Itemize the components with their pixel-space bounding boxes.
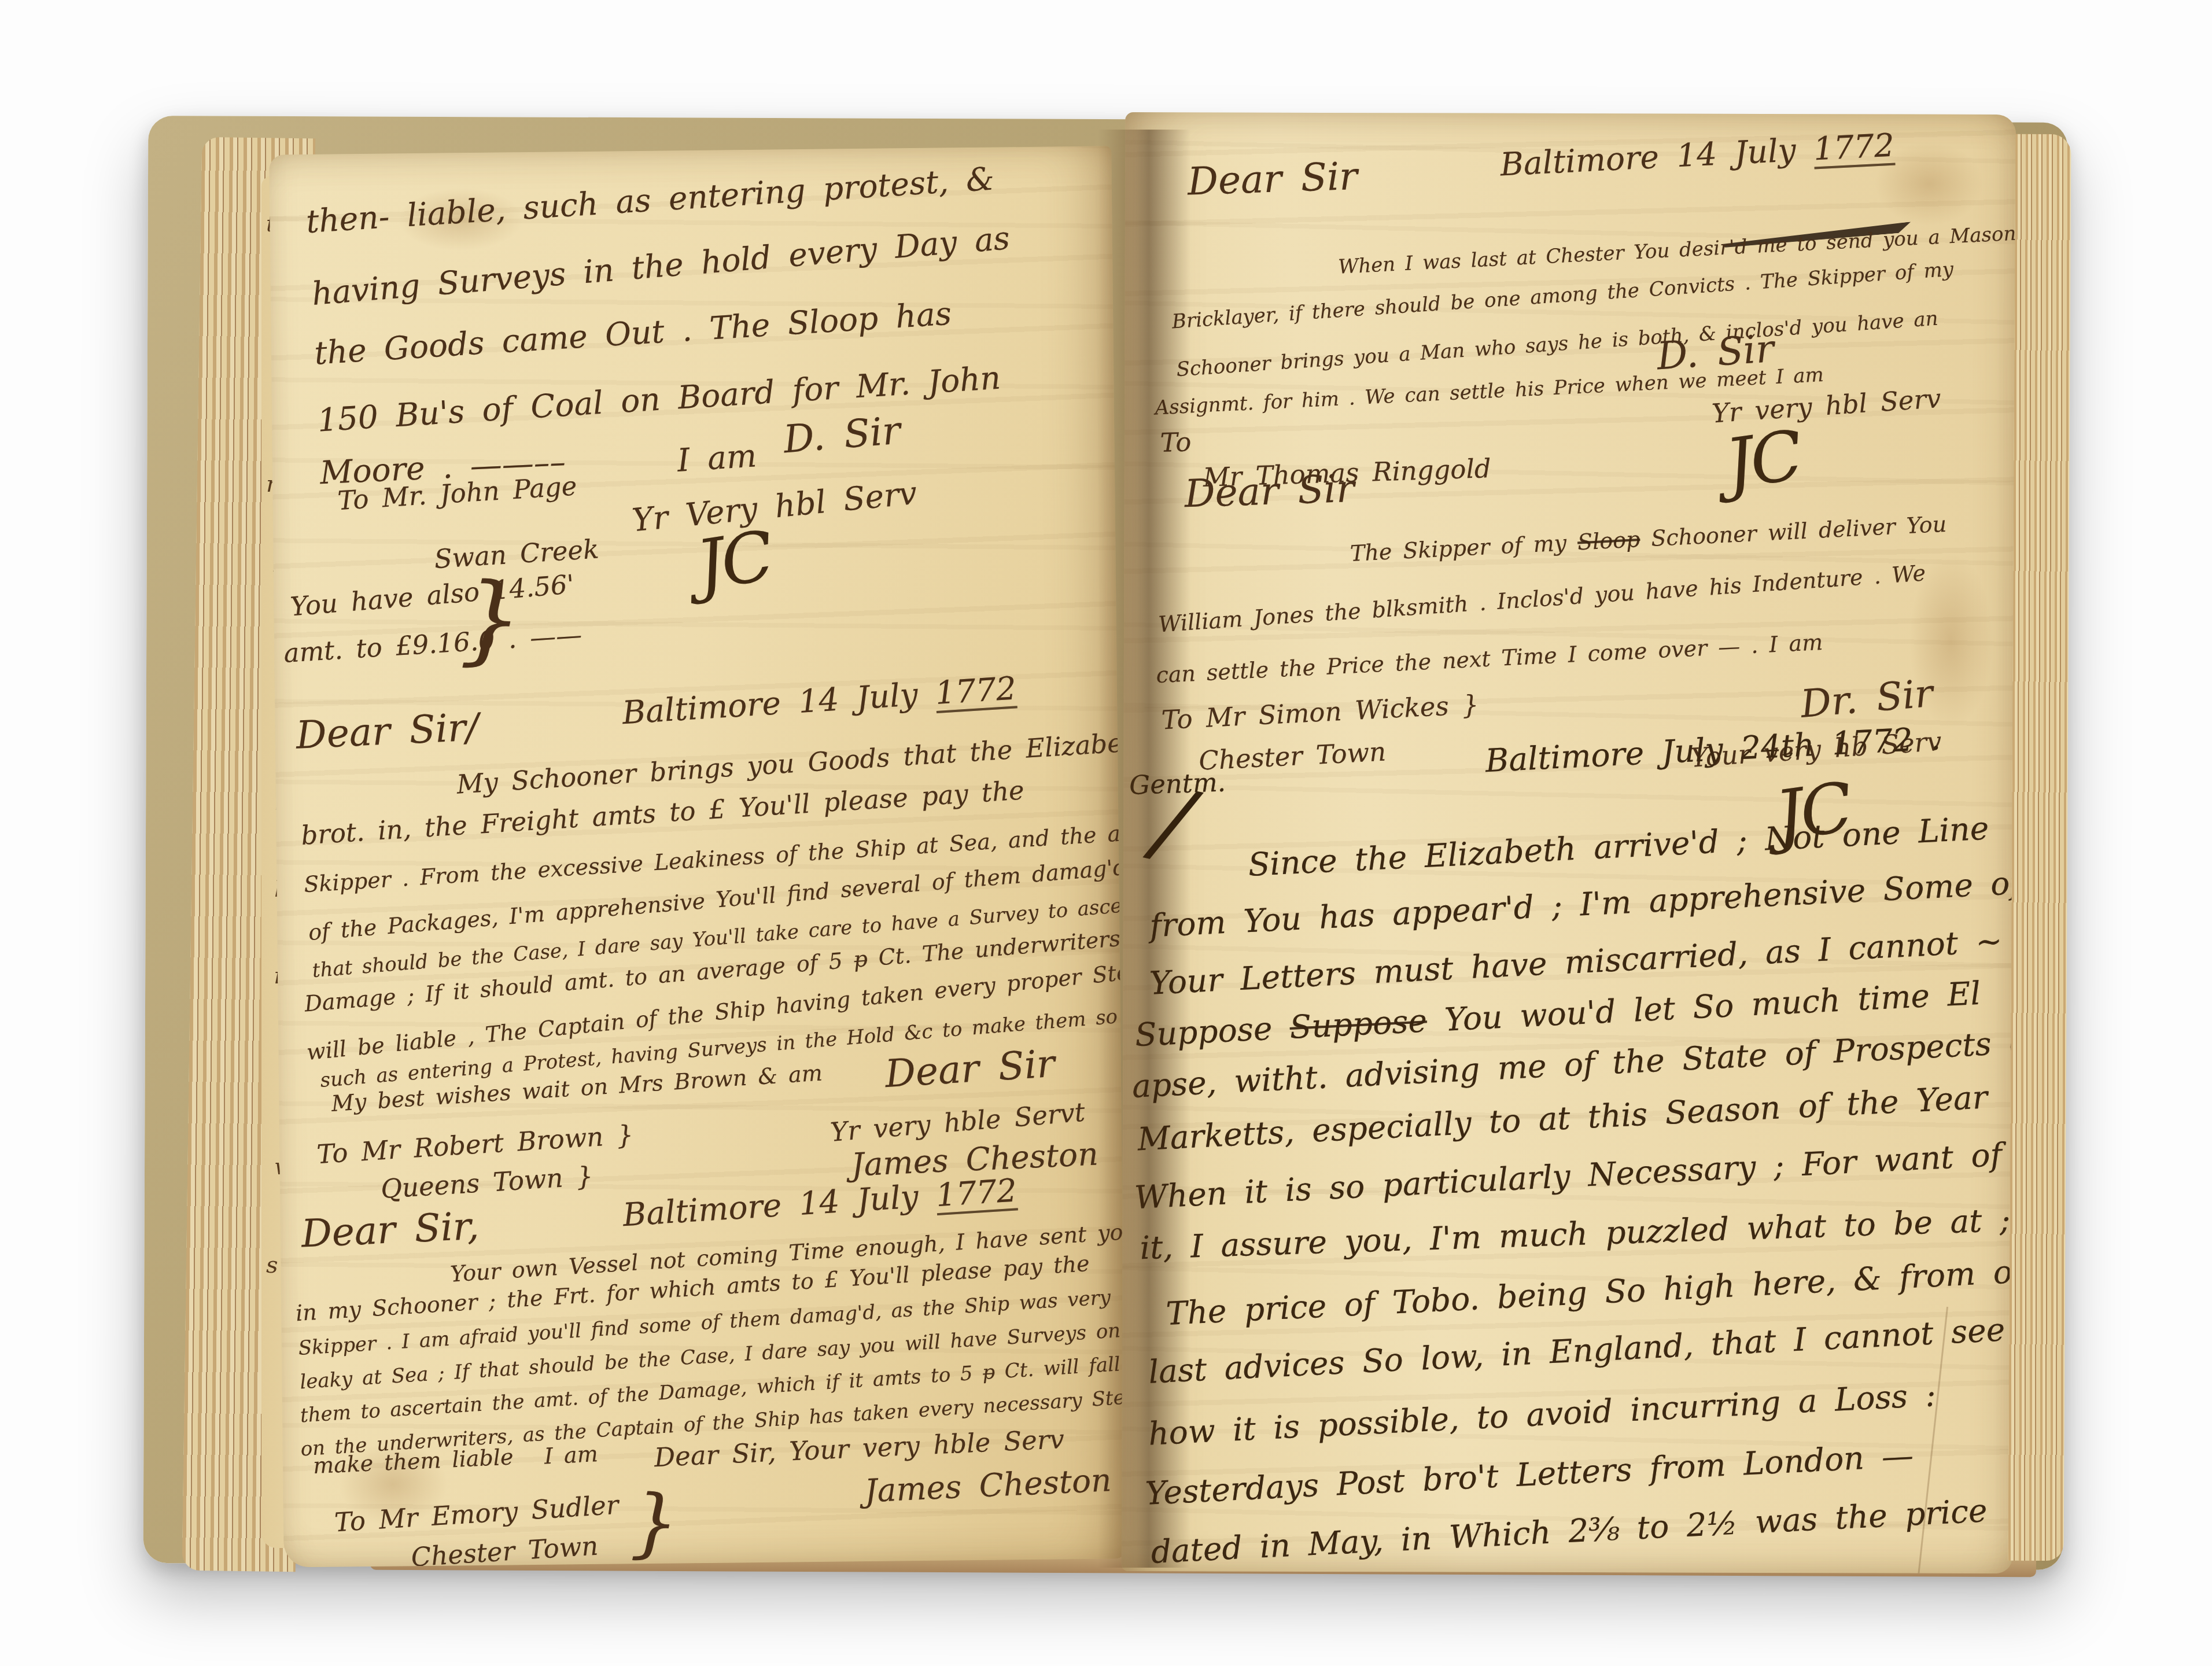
page-edges-right — [2008, 134, 2071, 1561]
margin-fragment: s — [266, 1252, 278, 1278]
handwritten-line: Dear Sir — [1184, 470, 1355, 513]
handwritten-line: it, I assure you, I'm much puzzled what … — [1140, 1204, 2011, 1265]
handwritten-line: dated in May, in Which 2⅜ to 2½ was the … — [1150, 1495, 1988, 1568]
handwritten-line: I am — [676, 440, 757, 477]
handwritten-line: James Cheston — [864, 1464, 1112, 1507]
handwritten-line: Dr. Sir — [1799, 674, 1934, 724]
handwritten-line: Dear Sir — [1187, 157, 1358, 201]
handwritten-line: Queens Town } — [380, 1163, 594, 1202]
book-photograph: tIsoWmyahrhisPws then- liable, such as e… — [0, 0, 2212, 1666]
handwritten-line: how it is possible, to avoid incurring a… — [1148, 1379, 1937, 1450]
handwritten-line: Baltimore 14 July 1772 — [621, 672, 1017, 729]
handwritten-line: J C — [692, 523, 766, 600]
handwritten-line: Dear Sir/ — [295, 708, 480, 754]
handwritten-line: Dear Sir, — [300, 1207, 480, 1254]
handwritten-line: You have also 14.56' — [289, 571, 575, 620]
handwritten-line: My Schooner brings you Goods that the El… — [456, 728, 1126, 797]
handwritten-line: Yesterdays Post bro't Letters from Londo… — [1145, 1440, 1915, 1510]
handwritten-line: Yr Very hbl Serv — [631, 477, 918, 537]
handwritten-line: having Surveys in the hold every Day as — [311, 222, 1011, 310]
handwritten-line: The Skipper of my Sloop Schooner will de… — [1350, 513, 1947, 565]
handwritten-line: Chester Town — [1198, 739, 1387, 774]
handwritten-line: D. Sir — [1656, 330, 1775, 375]
handwritten-line: Dear Sir — [884, 1045, 1056, 1093]
handwritten-line: D. Sir — [782, 411, 902, 459]
handwritten-line: William Jones the blksmith . Inclos'd yo… — [1157, 562, 1926, 635]
right-page: Dear SirBaltimore 14 July 1772When I was… — [1122, 112, 2016, 1573]
handwritten-line: Yr very hbl Serv — [1711, 385, 1942, 427]
handwritten-line: then- liable, such as entering protest, … — [305, 163, 996, 238]
handwritten-line: Baltimore 14 July 1772 — [1499, 130, 1895, 181]
handwritten-line: } — [459, 569, 523, 668]
handwritten-line: amt. to £9.16.0 . —— — [283, 622, 583, 666]
handwritten-line: Chester Town — [410, 1532, 599, 1567]
left-page: then- liable, such as entering protest, … — [269, 146, 1126, 1567]
handwritten-line: I am — [544, 1443, 598, 1467]
handwritten-line: } — [629, 1484, 679, 1561]
handwritten-line: the Goods came Out . The Sloop has — [314, 298, 953, 370]
handwritten-line: Baltimore 14 July 1772 — [622, 1174, 1017, 1231]
book-gutter — [1098, 130, 1190, 1568]
handwritten-line: can settle the Price the next Time I com… — [1156, 631, 1823, 686]
handwritten-line: To Mr Simon Wickes } — [1161, 691, 1480, 733]
handwritten-line: To Mr Emory Sudler — [334, 1492, 620, 1536]
handwritten-line: J C — [1721, 422, 1794, 499]
